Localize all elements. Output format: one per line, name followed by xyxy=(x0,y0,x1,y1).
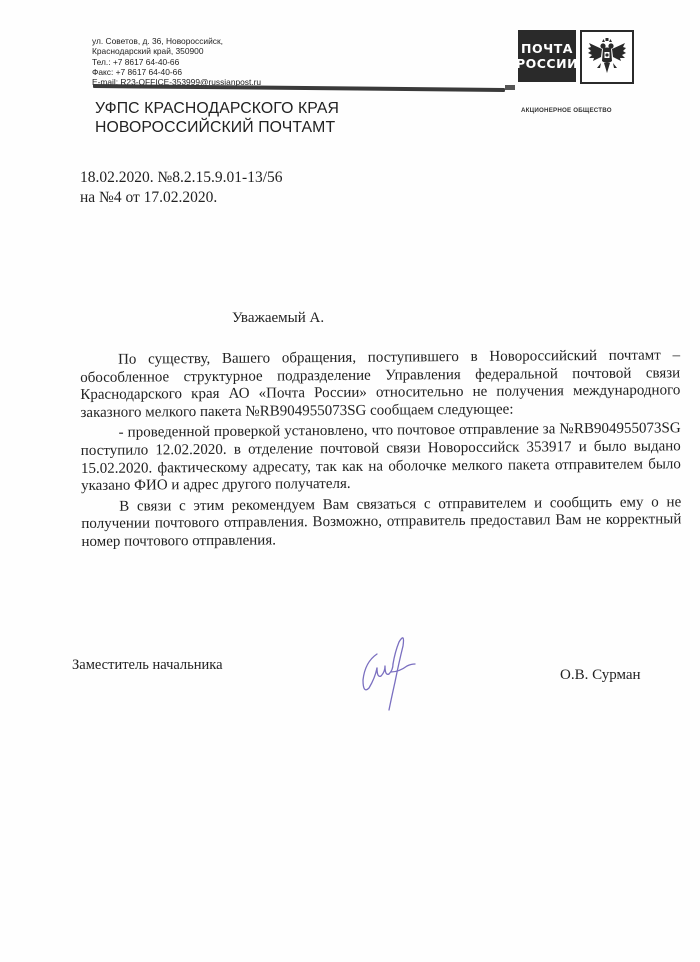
paragraph-2: - проведенной проверкой установлено, что… xyxy=(81,421,682,496)
paragraph-1: По существу, Вашего обращения, поступивш… xyxy=(80,347,681,422)
address-region: Краснодарский край, 350900 xyxy=(92,46,261,56)
handwritten-signature xyxy=(355,632,435,712)
letterhead-divider xyxy=(93,84,505,92)
logo-text-line-1: ПОЧТА xyxy=(521,41,573,56)
address-phone: Тел.: +7 8617 64-40-66 xyxy=(92,57,261,67)
incoming-reference: на №4 от 17.02.2020. xyxy=(80,188,283,208)
organization-name-line-1: УФПС КРАСНОДАРСКОГО КРАЯ xyxy=(95,99,339,118)
greeting: Уважаемый А. xyxy=(232,310,324,327)
double-headed-eagle-icon xyxy=(580,30,634,84)
letterhead-divider-tail xyxy=(505,85,515,90)
address-street: ул. Советов, д. 36, Новороссийск, xyxy=(92,36,261,46)
document-reference: 18.02.2020. №8.2.15.9.01-13/56 на №4 от … xyxy=(80,168,283,208)
company-type-label: АКЦИОНЕРНОЕ ОБЩЕСТВО xyxy=(521,107,612,114)
letter-body: По существу, Вашего обращения, поступивш… xyxy=(80,347,682,551)
signatory-title: Заместитель начальника xyxy=(72,657,223,674)
outgoing-number: 18.02.2020. №8.2.15.9.01-13/56 xyxy=(80,168,283,188)
organization-name: УФПС КРАСНОДАРСКОГО КРАЯ НОВОРОССИЙСКИЙ … xyxy=(95,99,339,137)
signatory-name: О.В. Сурман xyxy=(560,667,641,684)
address-fax: Факс: +7 8617 64-40-66 xyxy=(92,67,261,77)
logo-text-line-2: РОССИИ xyxy=(516,56,578,71)
sender-address-block: ул. Советов, д. 36, Новороссийск, Красно… xyxy=(92,36,261,87)
paragraph-3: В связи с этим рекомендуем Вам связаться… xyxy=(81,494,681,551)
organization-name-line-2: НОВОРОССИЙСКИЙ ПОЧТАМТ xyxy=(95,118,339,137)
russian-post-logo: ПОЧТА РОССИИ xyxy=(518,30,576,82)
